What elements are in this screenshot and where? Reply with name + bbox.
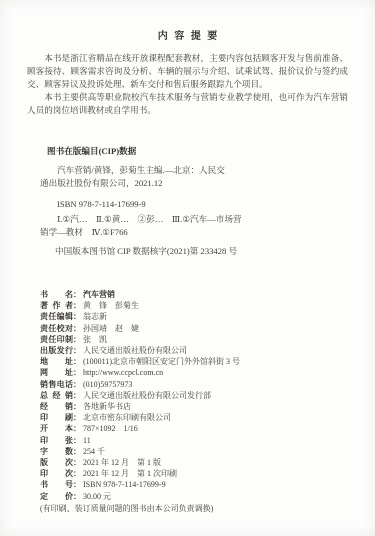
colophon-label: 地址 — [40, 356, 73, 367]
cip-classification-line-continued: 销学—教材 Ⅳ.①F766 — [40, 226, 348, 239]
colophon-colon: ： — [73, 446, 81, 457]
colophon-value: (010)59757973 — [83, 379, 348, 390]
colophon-colon: ： — [73, 457, 81, 468]
colophon-label: 开本 — [40, 423, 73, 434]
colophon-row: 印次：2021 年 12 月 第 1 次印刷 — [40, 468, 348, 479]
colophon-label: 字数 — [40, 446, 73, 457]
content-summary-section: 内容提要 本书是浙江省精品在线开放课程配套教材，主要内容包括顾客开发与售前准备、… — [27, 30, 348, 117]
colophon-row: 版次：2021 年 12 月 第 1 版 — [40, 457, 348, 468]
colophon-row: 著作者：黄 锋 彭菊生 — [40, 300, 348, 311]
colophon-value: ISBN 978-7-114-17699-9 — [83, 479, 348, 490]
summary-title: 内容提要 — [27, 30, 348, 43]
colophon-label: 印次 — [40, 468, 73, 479]
colophon-colon: ： — [73, 401, 81, 412]
colophon-value: 黄 锋 彭菊生 — [83, 300, 348, 311]
colophon-colon: ： — [73, 491, 81, 502]
colophon-colon: ： — [73, 423, 81, 434]
colophon-row: 责任校对：孙国靖 赵 婕 — [40, 323, 348, 334]
colophon-value: 11 — [83, 435, 348, 446]
colophon-row: 字数：254 千 — [40, 446, 348, 457]
colophon-label: 版次 — [40, 457, 73, 468]
colophon-value: 张 凯 — [83, 334, 348, 345]
colophon-row: 书名：汽车营销 — [40, 289, 348, 300]
colophon-colon: ： — [73, 390, 81, 401]
colophon-label: 责任编辑 — [40, 311, 73, 322]
cip-isbn: ISBN 978-7-114-17699-9 — [40, 198, 348, 211]
colophon-label: 书号 — [40, 479, 73, 490]
colophon-row: 开本：787×1092 1/16 — [40, 423, 348, 434]
colophon-colon: ： — [73, 345, 81, 356]
colophon-colon: ： — [73, 300, 81, 311]
colophon-label: 出版发行 — [40, 345, 73, 356]
colophon-colon: ： — [73, 311, 81, 322]
colophon-colon: ： — [73, 479, 81, 490]
colophon-row: 责任编辑：翁志新 — [40, 311, 348, 322]
cip-record-number: 中国版本图书馆 CIP 数据核字(2021)第 233428 号 — [55, 245, 348, 258]
colophon-colon: ： — [73, 435, 81, 446]
colophon-label: 印张 — [40, 435, 73, 446]
colophon-colon: ： — [73, 323, 81, 334]
colophon-section: 书名：汽车营销著作者：黄 锋 彭菊生责任编辑：翁志新责任校对：孙国靖 赵 婕责任… — [40, 289, 348, 514]
colophon-value: 254 千 — [83, 446, 348, 457]
quality-note: (有印刷、装订质量问题的图书由本公司负责调换) — [40, 503, 348, 514]
colophon-value: 2021 年 12 月 第 1 次印刷 — [83, 468, 348, 479]
colophon-row: 出版发行：人民交通出版社股份有限公司 — [40, 345, 348, 356]
colophon-label: 销售电话 — [40, 379, 73, 390]
cip-title-line-continued: 通出版社股份有限公司，2021.12 — [40, 177, 348, 190]
colophon-value: 人民交通出版社股份有限公司发行部 — [83, 390, 348, 401]
colophon-label: 责任校对 — [40, 323, 73, 334]
cip-section: 图书在版编目(CIP)数据 汽车营销/黄锋，彭菊生主编.—北京：人民交 通出版社… — [40, 145, 348, 258]
colophon-label: 经销 — [40, 401, 73, 412]
colophon-colon: ： — [73, 289, 81, 300]
colophon-value: 孙国靖 赵 婕 — [83, 323, 348, 334]
colophon-row: 定价：30.00 元 — [40, 491, 348, 502]
colophon-row: 印张：11 — [40, 435, 348, 446]
colophon-label: 印刷 — [40, 412, 73, 423]
colophon-value: 787×1092 1/16 — [83, 423, 348, 434]
summary-paragraph-1: 本书是浙江省精品在线开放课程配套教材，主要内容包括顾客开发与售前准备、顾客接待、… — [27, 52, 348, 91]
colophon-colon: ： — [73, 367, 81, 378]
colophon-row: 书号：ISBN 978-7-114-17699-9 — [40, 479, 348, 490]
colophon-row: 印刷：北京市密东印刷有限公司 — [40, 412, 348, 423]
colophon-value: 翁志新 — [83, 311, 348, 322]
colophon-value: http://www.ccpcl.com.cn — [83, 367, 348, 378]
colophon-colon: ： — [73, 334, 81, 345]
colophon-label: 著作者 — [40, 300, 73, 311]
colophon-rows: 书名：汽车营销著作者：黄 锋 彭菊生责任编辑：翁志新责任校对：孙国靖 赵 婕责任… — [40, 289, 348, 502]
cip-classification-line: Ⅰ.①汽… Ⅱ.①黄… ②彭… Ⅲ.①汽车—市场营 — [40, 213, 348, 226]
colophon-value: 人民交通出版社股份有限公司 — [83, 345, 348, 356]
colophon-row: 责任印制：张 凯 — [40, 334, 348, 345]
colophon-value: 2021 年 12 月 第 1 版 — [83, 457, 348, 468]
colophon-label: 责任印制 — [40, 334, 73, 345]
colophon-row: 经销：各地新华书店 — [40, 401, 348, 412]
colophon-label: 网址 — [40, 367, 73, 378]
colophon-value: (100011)北京市朝阳区安定门外外馆斜街 3 号 — [83, 356, 348, 367]
colophon-label: 定价 — [40, 491, 73, 502]
cip-header: 图书在版编目(CIP)数据 — [47, 145, 348, 158]
book-copyright-page: 内容提要 本书是浙江省精品在线开放课程配套教材，主要内容包括顾客开发与售前准备、… — [0, 0, 375, 536]
colophon-value: 30.00 元 — [83, 491, 348, 502]
colophon-value: 汽车营销 — [83, 289, 348, 300]
colophon-label: 书名 — [40, 289, 73, 300]
colophon-row: 地址：(100011)北京市朝阳区安定门外外馆斜街 3 号 — [40, 356, 348, 367]
colophon-colon: ： — [73, 468, 81, 479]
cip-title-line: 汽车营销/黄锋，彭菊生主编.—北京：人民交 — [40, 164, 348, 177]
colophon-colon: ： — [73, 379, 81, 390]
colophon-value: 北京市密东印刷有限公司 — [83, 412, 348, 423]
colophon-row: 销售电话：(010)59757973 — [40, 379, 348, 390]
colophon-label: 总经销 — [40, 390, 73, 401]
colophon-value: 各地新华书店 — [83, 401, 348, 412]
colophon-row: 网址：http://www.ccpcl.com.cn — [40, 367, 348, 378]
summary-paragraph-2: 本书主要供高等职业院校汽车技术服务与营销专业教学使用，也可作为汽车营销人员的岗位… — [27, 91, 348, 117]
colophon-colon: ： — [73, 412, 81, 423]
colophon-colon: ： — [73, 356, 81, 367]
colophon-row: 总经销：人民交通出版社股份有限公司发行部 — [40, 390, 348, 401]
